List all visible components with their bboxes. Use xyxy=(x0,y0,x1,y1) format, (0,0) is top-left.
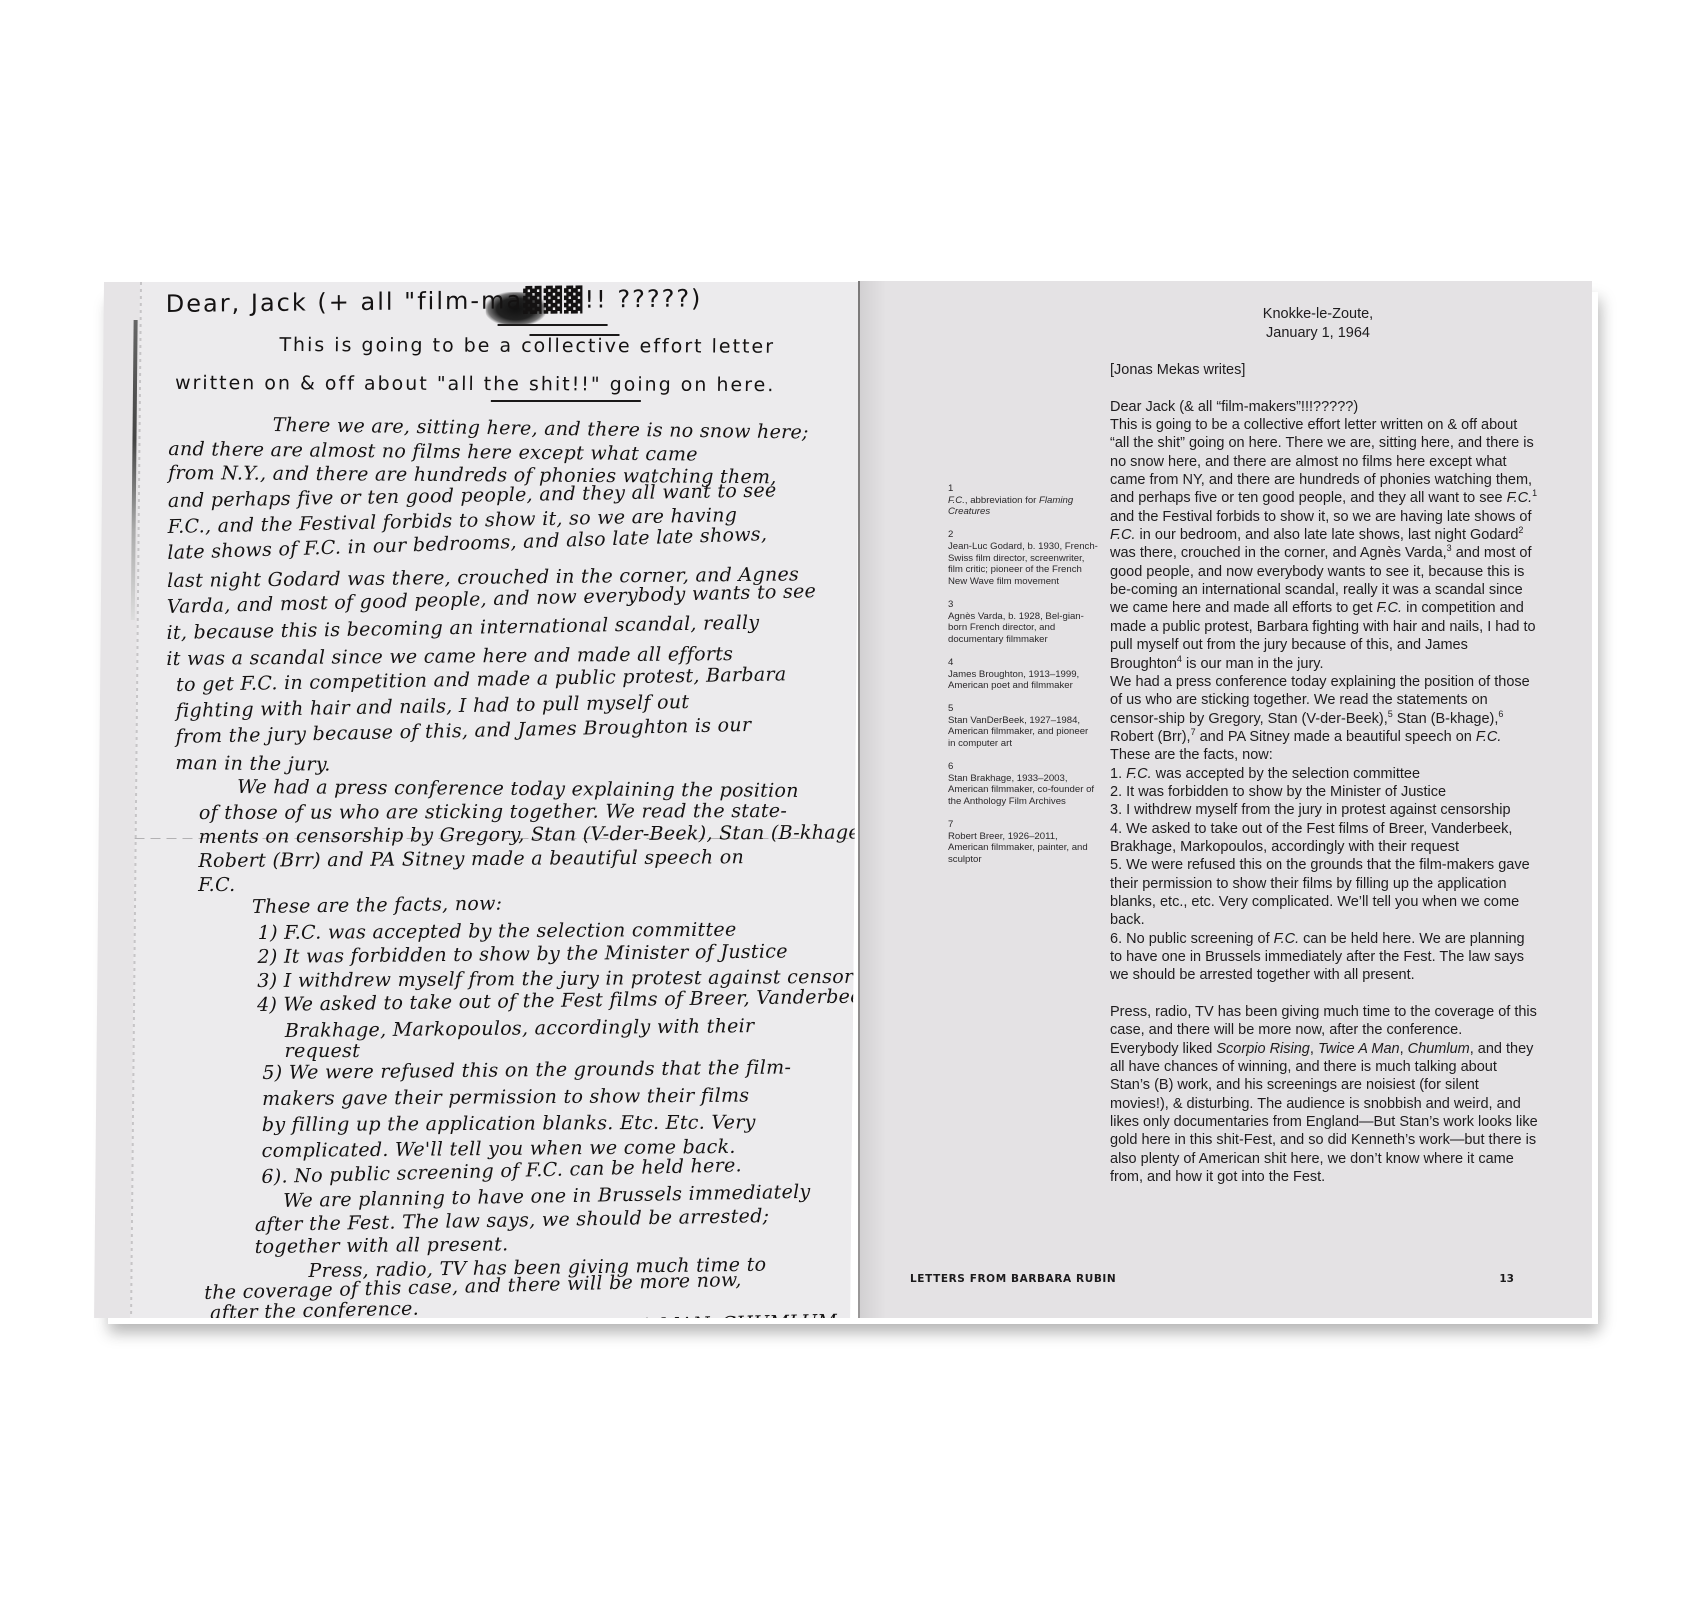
paragraph-3: Press, radio, TV has been giving much ti… xyxy=(1110,1003,1540,1186)
footnote-6: 6 Stan Brakhage, 1933–2003, American fil… xyxy=(948,761,1098,807)
gutter-shade xyxy=(860,281,886,1318)
footnote-3: 3 Agnès Varda, b. 1928, Bel-gian-born Fr… xyxy=(948,599,1098,645)
facts-list: 1. F.C. was accepted by the selection co… xyxy=(1110,765,1540,985)
handwritten-line: makers gave their permission to show the… xyxy=(262,1085,749,1110)
left-page-facsimile: Dear, Jack (+ all "film-ma▓▓▓!! ?????)Th… xyxy=(94,282,860,1318)
handwritten-line: These are the facts, now: xyxy=(252,893,502,918)
footnote-4: 4 James Broughton, 1913–1999, American p… xyxy=(948,657,1098,692)
right-page-transcription: Knokke-le-Zoute, January 1, 1964 1 F.C.,… xyxy=(860,281,1592,1318)
fact-item: 5. We were refused this on the grounds t… xyxy=(1110,856,1540,929)
handwritten-underline xyxy=(491,400,641,402)
handwritten-letter: Dear, Jack (+ all "film-ma▓▓▓!! ?????)Th… xyxy=(94,282,860,1318)
footnote-ref-6: 6 xyxy=(1498,709,1503,719)
handwritten-underline xyxy=(529,334,619,336)
handwritten-line: F.C. xyxy=(198,874,236,896)
handwritten-line: request xyxy=(285,1040,361,1062)
handwritten-underline xyxy=(498,324,608,326)
footnote-1: 1 F.C., abbreviation for Flaming Creatur… xyxy=(948,483,1098,518)
page-number: 13 xyxy=(1499,1273,1514,1285)
fact-item: 3. I withdrew myself from the jury in pr… xyxy=(1110,801,1540,819)
footnote-2: 2 Jean-Luc Godard, b. 1930, French-Swiss… xyxy=(948,529,1098,587)
handwritten-line: it, because this is becoming an internat… xyxy=(167,612,760,644)
handwritten-line: ments on censorship by Gregory, Stan (V-… xyxy=(199,821,860,848)
handwritten-line: Brakhage, Markopoulos, accordingly with … xyxy=(285,1015,755,1042)
handwritten-line: Robert (Brr) and PA Sitney made a beauti… xyxy=(198,846,744,872)
handwritten-line: by filling up the application blanks. Et… xyxy=(262,1111,756,1136)
handwritten-line: Dear, Jack (+ all "film-ma▓▓▓!! ?????) xyxy=(166,284,703,318)
handwritten-line: and there are almost no films here excep… xyxy=(168,438,698,466)
paragraph-1: This is going to be a collective effort … xyxy=(1110,416,1540,673)
fact-item: 2. It was forbidden to show by the Minis… xyxy=(1110,783,1540,801)
handwritten-line: man in the jury. xyxy=(175,752,331,776)
footnote-7: 7 Robert Breer, 1926–2011, American film… xyxy=(948,819,1098,865)
handwritten-line: 2) It was forbidden to show by the Minis… xyxy=(258,940,788,968)
letter-body: [Jonas Mekas writes] Dear Jack (& all “f… xyxy=(1110,361,1540,1186)
running-title: LETTERS FROM BARBARA RUBIN xyxy=(910,1273,1116,1285)
footnote-ref-2: 2 xyxy=(1518,525,1523,535)
facts-intro: These are the facts, now: xyxy=(1110,746,1540,764)
handwritten-line: 5) We were refused this on the grounds t… xyxy=(262,1056,791,1084)
handwritten-line: 1) F.C. was accepted by the selection co… xyxy=(258,919,737,944)
attribution: [Jonas Mekas writes] xyxy=(1110,361,1540,379)
footnotes-column: 1 F.C., abbreviation for Flaming Creatur… xyxy=(948,483,1098,877)
handwritten-line: after the conference. xyxy=(210,1298,419,1318)
footnote-5: 5 Stan VanDerBeek, 1927–1984, American f… xyxy=(948,703,1098,749)
fact-item: 1. F.C. was accepted by the selection co… xyxy=(1110,765,1540,783)
letter-header: Knokke-le-Zoute, January 1, 1964 xyxy=(860,305,1592,342)
salutation: Dear Jack (& all “film-makers”!!!?????) xyxy=(1110,398,1540,416)
handwritten-line: together with all present. xyxy=(255,1233,509,1258)
handwritten-line: This is going to be a collective effort … xyxy=(279,334,775,358)
handwritten-line: written on & off about "all the shit!!" … xyxy=(175,372,776,396)
footnote-ref-1: 1 xyxy=(1532,488,1537,498)
handwritten-line: of those of us who are sticking together… xyxy=(199,800,787,824)
fact-item: 4. We asked to take out of the Fest film… xyxy=(1110,820,1540,857)
letter-place: Knokke-le-Zoute, xyxy=(1044,305,1592,324)
book-gutter xyxy=(858,281,860,1318)
fact-item: 6. No public screening of F.C. can be he… xyxy=(1110,930,1540,985)
paragraph-2: We had a press conference today explaini… xyxy=(1110,673,1540,746)
handwritten-line: We had a press conference today explaini… xyxy=(237,776,799,802)
letter-date: January 1, 1964 xyxy=(1044,324,1592,343)
